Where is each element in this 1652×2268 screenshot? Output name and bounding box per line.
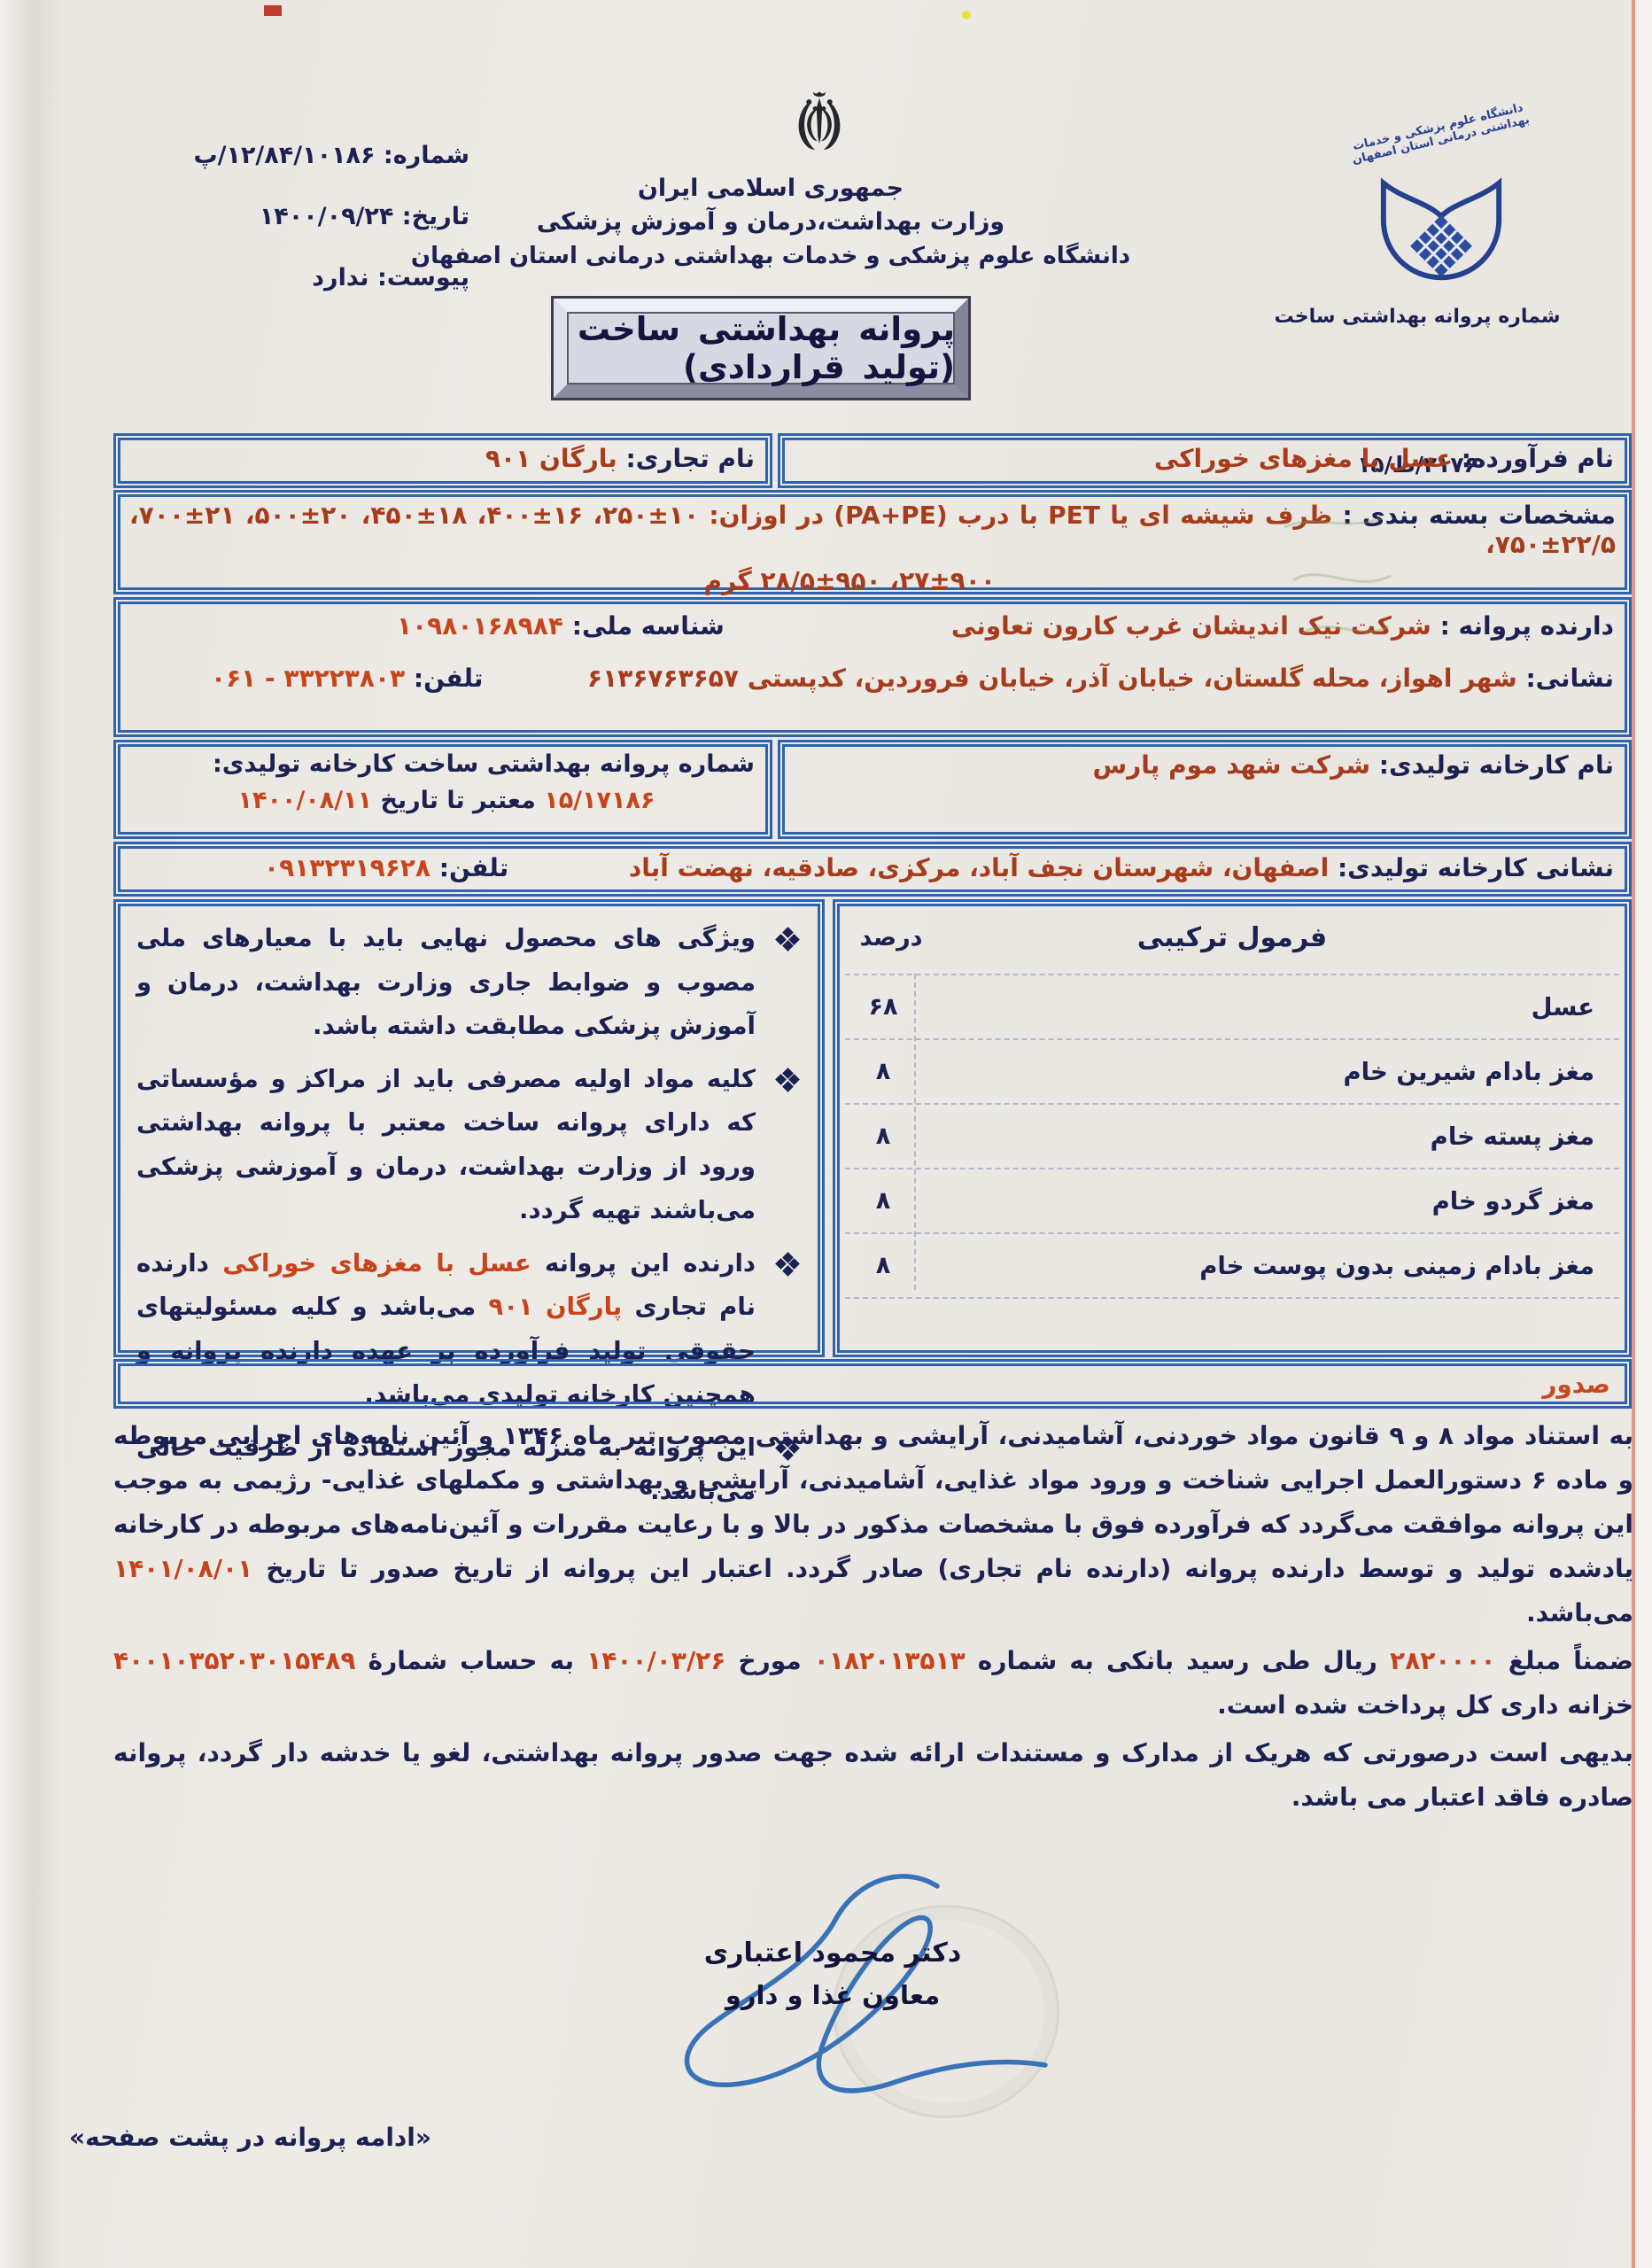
formula-header-row: فرمول ترکیبی درصد (845, 915, 1619, 974)
ingredient-name: مغز گردو خام (921, 1187, 1619, 1216)
formula-table: فرمول ترکیبی درصد عسل ۶۸ مغز بادام شیرین… (833, 899, 1632, 1357)
document-title: پروانه بهداشتی ساخت (تولید قراردادی) (567, 310, 955, 386)
formula-row: عسل ۶۸ (845, 974, 1619, 1038)
brand-name-label: نام تجاری: (626, 444, 755, 473)
letterhead-center-block: جمهوری اسلامی ایران وزارت بهداشت،درمان و… (390, 172, 1152, 273)
document-title-banner: پروانه بهداشتی ساخت (تولید قراردادی) (554, 299, 968, 398)
issuance-paragraphs: به استناد مواد ۸ و ۹ قانون مواد خوردنی، … (113, 1414, 1633, 1823)
ministry-title: وزارت بهداشت،درمان و آموزش پزشکی (390, 206, 1152, 239)
issuance-paragraph-disclaimer: بدیهی است درصورتی که هریک از مدارک و مست… (113, 1731, 1633, 1820)
scan-artifact-line (1632, 0, 1635, 2268)
ingredient-name: مغز بادام زمینی بدون پوست خام (921, 1252, 1619, 1280)
national-id-pair: شناسه ملی: ۱۰۹۸۰۱۶۸۹۸۴ (397, 611, 725, 641)
factory-address-cell: نشانی کارخانه تولیدی: اصفهان، شهرستان نج… (113, 842, 1632, 897)
diamond-bullet-icon (777, 1254, 798, 1275)
product-name-value: عسل با مغزهای خوراکی (1154, 444, 1453, 473)
ingredient-percent: ۸ (845, 1122, 921, 1150)
factory-address-pair: نشانی کارخانه تولیدی: اصفهان، شهرستان نج… (629, 853, 1614, 882)
university-seal-calligraphy: دانشگاه علوم پزشکی و خدمات بهداشتی درمان… (1346, 100, 1532, 167)
factory-license-valid-value: ۱۴۰۰/۰۸/۱۱ (238, 787, 373, 814)
payment-amount: ۲۸۲۰۰۰۰ (1390, 1646, 1496, 1675)
license-document-page: شماره: ۱۲/۸۴/۱۰۱۸۶/پ تاریخ: ۱۴۰۰/۰۹/۲۴ پ… (0, 0, 1652, 2268)
account-number: ۴۰۰۱۰۳۵۲۰۳۰۱۵۴۸۹ (113, 1646, 355, 1675)
license-holder-cell: دارنده پروانه : شرکت نیک اندیشان غرب کار… (113, 597, 1632, 737)
formula-row: مغز پسته خام ۸ (845, 1103, 1619, 1168)
university-title: دانشگاه علوم پزشکی و خدمات بهداشتی درمان… (390, 239, 1152, 273)
brand-name-value: بارگان ۹۰۱ (485, 444, 617, 473)
formula-rows: عسل ۶۸ مغز بادام شیرین خام ۸ مغز پسته خا… (845, 974, 1619, 1299)
national-id-label: شناسه ملی: (572, 611, 725, 641)
product-name-label: نام فرآورده: (1462, 444, 1614, 473)
ingredient-percent: ۶۸ (845, 993, 921, 1021)
pen-scribble-artifact (1276, 509, 1400, 646)
factory-phone-pair: تلفن: ۰۹۱۳۲۳۱۹۶۲۸ (264, 853, 508, 882)
formula-row: مغز گردو خام ۸ (845, 1168, 1619, 1232)
letter-number-value: ۱۲/۸۴/۱۰۱۸۶/پ (193, 142, 375, 169)
signature-block: دکتر محمود اعتباری معاون غذا و دارو (567, 1856, 1098, 2140)
brand-name-cell: نام تجاری: بارگان ۹۰۱ (113, 433, 772, 488)
condition-item: کلیه مواد اولیه مصرفی باید از مراکز و مؤ… (136, 1058, 803, 1233)
factory-name-cell: نام کارخانه تولیدی: شرکت شهد موم پارس (778, 740, 1632, 839)
ingredient-percent: ۸ (845, 1252, 921, 1279)
letter-attachment: پیوست: ندارد (151, 264, 469, 325)
brand-name-highlight: پارگان ۹۰۱ (488, 1293, 622, 1321)
packaging-cell: مشخصات بسته بندی : ظرف شیشه ای یا PET با… (113, 490, 1632, 594)
issuance-section-cell: صدور (113, 1359, 1632, 1409)
condition-text: ویژگی های محصول نهایی باید با معیارهای م… (136, 924, 756, 1040)
letter-date-value: ۱۴۰۰/۰۹/۲۴ (260, 203, 394, 230)
holder-address-pair: نشانی: شهر اهواز، محله گلستان، خیابان آذ… (587, 664, 1614, 693)
continue-on-back-note: «ادامه پروانه در پشت صفحه» (69, 2123, 431, 2152)
diamond-bullet-icon (777, 928, 798, 950)
factory-phone-value: ۰۹۱۳۲۳۱۹۶۲۸ (264, 853, 430, 882)
formula-column-divider (914, 974, 916, 1290)
issuance-section-label: صدور (1542, 1370, 1610, 1399)
product-name-highlight: عسل با مغزهای خوراکی (222, 1249, 531, 1278)
iran-emblem-icon (791, 89, 848, 174)
national-id-value: ۱۰۹۸۰۱۶۸۹۸۴ (397, 611, 563, 641)
holder-label: دارنده پروانه : (1440, 611, 1614, 641)
ingredient-percent: ۸ (845, 1058, 921, 1085)
factory-license-value: ۱۵/۱۷۱۸۶ (544, 787, 655, 814)
holder-phone-label: تلفن: (414, 664, 484, 693)
signer-name: دکتر محمود اعتباری (567, 1938, 1098, 1969)
signer-title: معاون غذا و دارو (567, 1980, 1098, 2010)
holder-address-value: شهر اهواز، محله گلستان، خیابان آذر، خیاب… (587, 664, 1517, 693)
formula-row: مغز بادام زمینی بدون پوست خام ۸ (845, 1232, 1619, 1299)
holder-phone-pair: تلفن: ۳۳۲۲۳۸۰۳ - ۰۶۱ (211, 664, 483, 693)
country-title: جمهوری اسلامی ایران (390, 172, 1152, 206)
diamond-bullet-icon (777, 1069, 798, 1091)
factory-name-label: نام کارخانه تولیدی: (1379, 750, 1614, 780)
formula-row: مغز بادام شیرین خام ۸ (845, 1038, 1619, 1103)
factory-address-value: اصفهان، شهرستان نجف آباد، مرکزی، صادقیه،… (629, 853, 1329, 882)
scan-speck (264, 5, 282, 16)
ingredient-percent: ۸ (845, 1187, 921, 1215)
ingredient-name: مغز پسته خام (921, 1122, 1619, 1151)
receipt-number: ۰۱۸۲۰۱۳۵۱۳ (814, 1646, 966, 1675)
issuance-paragraph-legal: به استناد مواد ۸ و ۹ قانون مواد خوردنی، … (113, 1414, 1633, 1635)
product-name-cell: نام فرآورده: عسل با مغزهای خوراکی (778, 433, 1632, 488)
condition-item: ویژگی های محصول نهایی باید با معیارهای م… (136, 917, 803, 1049)
letter-number-label: شماره: (384, 142, 469, 169)
conditions-box: ویژگی های محصول نهایی باید با معیارهای م… (113, 899, 825, 1357)
university-seal-icon (1371, 165, 1511, 294)
validity-date: ۱۴۰۱/۰۸/۰۱ (113, 1554, 252, 1583)
factory-name-value: شرکت شهد موم پارس (1093, 750, 1371, 780)
factory-phone-label: تلفن: (439, 853, 509, 882)
formula-title: فرمول ترکیبی (845, 922, 1619, 953)
license-number-caption-1: شماره پروانه بهداشتی ساخت (1258, 299, 1577, 335)
formula-percent-header: درصد (847, 924, 935, 951)
factory-address-label: نشانی کارخانه تولیدی: (1338, 853, 1614, 882)
scan-speck (962, 11, 971, 19)
factory-license-valid-label: معتبر تا تاریخ (381, 787, 536, 814)
ingredient-name: مغز بادام شیرین خام (921, 1058, 1619, 1086)
payment-date: ۱۴۰۰/۰۳/۲۶ (586, 1646, 725, 1675)
holder-phone-value: ۳۳۲۲۳۸۰۳ - ۰۶۱ (211, 664, 405, 693)
factory-license-label: شماره پروانه بهداشتی ساخت کارخانه تولیدی… (213, 750, 755, 778)
scan-edge-margin (1637, 0, 1652, 2268)
issuance-paragraph-payment: ضمناً مبلغ ۲۸۲۰۰۰۰ ریال طی رسید بانکی به… (113, 1639, 1633, 1728)
factory-license-cell: شماره پروانه بهداشتی ساخت کارخانه تولیدی… (113, 740, 772, 839)
letter-attachment-value: ندارد (312, 264, 368, 291)
holder-address-label: نشانی: (1525, 664, 1614, 693)
condition-text: کلیه مواد اولیه مصرفی باید از مراکز و مؤ… (136, 1065, 756, 1225)
ingredient-name: عسل (921, 993, 1619, 1021)
packaging-value-line2: ۲۷±۹۰۰، ۲۸/۵±۹۵۰ گرم (703, 566, 996, 595)
